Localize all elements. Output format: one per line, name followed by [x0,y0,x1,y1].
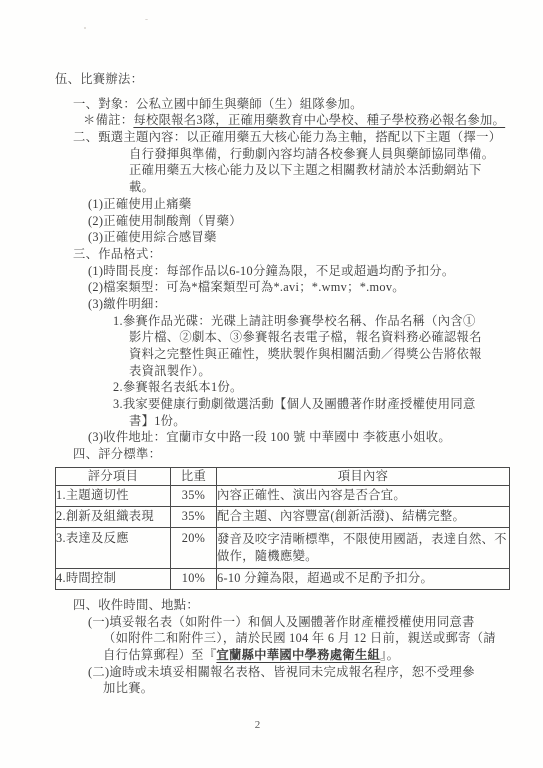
scanned-document-page: 伍、比賽辦法： 一、對象：公私立國中師生與藥師（生）組隊參加。 ＊備註：每校限報… [0,0,543,768]
topic-2: (2)正確使用制酸劑（胃藥） [88,213,513,230]
row1-item: 1.主題適切性 [56,485,171,506]
row1-content: 內容正確性、演出內容是否合宜。 [217,485,510,506]
item3-filetype: (2)檔案類型：可為*檔案類型可為*.avi；*.wmv；*.mov。 [88,279,513,296]
item2-theme-line3: 正確用藥五大核心能力及以下主題之相關教材請於本活動網站下 [129,162,513,179]
mailing-destination-underlined: 宜蘭縣中華國中學務處衛生組 [216,648,380,662]
item2-theme-line1: 二、甄選主題內容：以正確用藥五大核心能力為主軸，搭配以下主題（擇一） [73,129,513,146]
topic-3: (3)正確使用綜合感冒藥 [88,229,513,246]
table-row: 1.主題適切性 35% 內容正確性、演出內容是否合宜。 [56,485,510,506]
scan-speck [145,19,148,20]
item3-duration: (1)時間長度：每部作品以6-10分鐘為限，不足或超過均酌予扣分。 [88,263,513,280]
item5-sub1-line2: （如附件二和附件三），請於民國 104 年 6 月 12 日前，親送或郵寄（請 [103,630,513,647]
note-prefix: ＊備註： [83,113,133,127]
item3-mailing-address: (3)收件地址：宜蘭市女中路一段 100 號 中華國中 李筱惠小姐收。 [88,429,513,446]
row1-weight: 35% [171,485,217,506]
page-number: 2 [0,719,515,731]
item5-deadline-title: 四、收件時間、地點： [73,597,513,614]
note-underlined-text: 每校限報名3隊，正確用藥教育中心學校、種子學校務必報名參加。 [133,113,505,127]
topic-1: (1)正確使用止痛藥 [88,196,513,213]
mailing-pre: 自行估算郵程）至『 [103,648,216,662]
table-row: 4.時間控制 10% 6-10 分鐘為限，超過或不足酌予扣分。 [56,568,510,589]
submission-detail3-line2: 書】1份。 [129,413,513,430]
note-line: ＊備註：每校限報名3隊，正確用藥教育中心學校、種子學校務必報名參加。 [83,112,513,129]
row4-item: 4.時間控制 [56,568,171,589]
submission-detail1-line4: 表資訊製作）。 [129,363,513,380]
row2-content: 配合主題、內容豐富(創新活潑)、結構完整。 [217,506,510,527]
col-header-content: 項目內容 [217,467,510,485]
document-content: 伍、比賽辦法： 一、對象：公私立國中師生與藥師（生）組隊參加。 ＊備註：每校限報… [55,71,513,697]
table-row: 2.創新及組織表現 35% 配合主題、內容豐富(創新活潑)、結構完整。 [56,506,510,527]
row3-content: 發音及咬字清晰標準，不限使用國語，表達自然、不做作，隨機應變。 [217,527,510,568]
scoring-table: 評分項目 比重 項目內容 1.主題適切性 35% 內容正確性、演出內容是否合宜。… [55,467,510,590]
item5-sub2-line1: (二)逾時或未填妥相關報名表格、皆視同未完成報名程序，恕不受理參 [88,664,513,681]
row3-weight: 20% [171,527,217,568]
table-row: 3.表達及反應 20% 發音及咬字清晰標準，不限使用國語，表達自然、不做作，隨機… [56,527,510,568]
row3-item: 3.表達及反應 [56,527,171,568]
submission-detail1-line2: 影片檔、②劇本、③參賽報名表電子檔，報名資料務必確認報名 [129,329,513,346]
item5-sub1-line3: 自行估算郵程）至『宜蘭縣中華國中學務處衛生組』。 [103,647,513,664]
submission-detail1-line1: 1.參賽作品光碟：光碟上請註明參賽學校名稱、作品名稱（內含① [113,313,513,330]
item2-theme-line2: 自行發揮與準備，行動劇內容均請各校參賽人員與藥師協同準備。 [129,146,513,163]
item3-format-title: 三、作品格式： [73,246,513,263]
submission-detail3-line1: 3.我家要健康行動劇徵選活動【個人及團體著作財產授權使用同意 [113,396,513,413]
row2-weight: 35% [171,506,217,527]
submission-detail2: 2.參賽報名表紙本1份。 [113,379,513,396]
row2-item: 2.創新及組織表現 [56,506,171,527]
item5-sub2-line2: 加比賽。 [103,680,513,697]
mailing-post: 』。 [380,648,399,662]
submission-detail1-line3: 資料之完整性與正確性，獎狀製作與相關活動／得獎公告將依報 [129,346,513,363]
item2-theme-line4: 載。 [129,179,513,196]
col-header-weight: 比重 [171,467,217,485]
scoring-table-header-row: 評分項目 比重 項目內容 [56,467,510,485]
row4-content: 6-10 分鐘為限，超過或不足酌予扣分。 [217,568,510,589]
row4-weight: 10% [171,568,217,589]
item5-sub1-line1: (一)填妥報名表（如附件一）和個人及團體著作財產權授權使用同意書 [88,614,513,631]
section-heading: 伍、比賽辦法： [55,71,513,88]
item4-scoring-title: 四、評分標準： [73,446,513,463]
scan-speck [84,27,86,29]
item1-participants: 一、對象：公私立國中師生與藥師（生）組隊參加。 [73,96,513,113]
item3-submission-title: (3)繳件明細： [88,296,513,313]
col-header-item: 評分項目 [56,467,171,485]
